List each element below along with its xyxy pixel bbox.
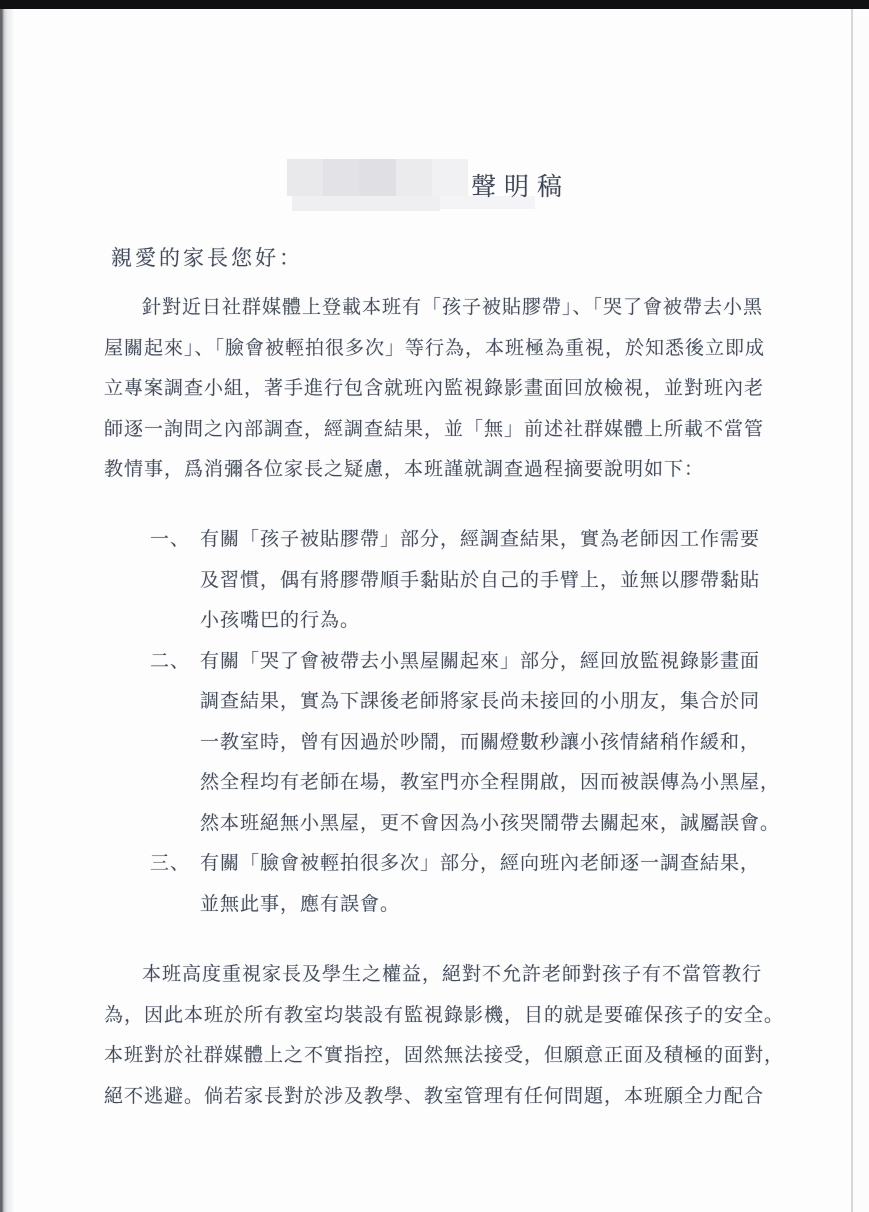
intro-paragraph: 針對近日社群媒體上登載本班有「孩子被貼膠帶」、「哭了會被帶去小黑 屋關起來」、「… bbox=[104, 288, 765, 491]
findings-list: 一、 有關「孩子被貼膠帶」部分，經調查結果，實為老師因工作需要 及習慣，偶有將膠… bbox=[150, 520, 780, 925]
text-line: 本班對於社群媒體上之不實指控，固然無法接受，但願意正面及積極的面對， bbox=[104, 1036, 784, 1077]
text-line: 有關「臉會被輕拍很多次」部分，經向班內老師逐一調查結果， bbox=[200, 844, 760, 885]
list-item-2: 二、 有關「哭了會被帶去小黑屋關起來」部分，經回放監視錄影畫面 調查結果，實為下… bbox=[150, 642, 780, 845]
redaction-tile bbox=[287, 159, 323, 196]
item-body: 有關「孩子被貼膠帶」部分，經調查結果，實為老師因工作需要 及習慣，偶有將膠帶順手… bbox=[200, 520, 760, 642]
text-line: 然全程均有老師在場，教室門亦全程開啟，因而被誤傳為小黑屋， bbox=[200, 763, 780, 804]
redaction-tile bbox=[323, 159, 359, 196]
text-line: 立專案調查小組，著手進行包含就班內監視錄影畫面回放檢視，並對班內老 bbox=[104, 369, 765, 410]
text-line: 絕不逃避。倘若家長對於涉及教學、教室管理有任何問題，本班願全力配合 bbox=[104, 1077, 784, 1118]
text-line: 及習慣，偶有將膠帶順手黏貼於自己的手臂上，並無以膠帶黏貼 bbox=[200, 561, 760, 602]
redaction-tile bbox=[432, 159, 468, 196]
text-line: 師逐一詢問之內部調查，經調查結果，並「無」前述社群媒體上所載不當管 bbox=[104, 410, 765, 451]
scan-left-edge bbox=[0, 9, 14, 1212]
item-marker: 二、 bbox=[150, 642, 200, 683]
redacted-name-block bbox=[287, 159, 468, 196]
item-marker: 三、 bbox=[150, 844, 200, 885]
greeting-line: 親愛的家長您好： bbox=[111, 242, 303, 272]
redaction-tile bbox=[359, 159, 395, 196]
list-item-3: 三、 有關「臉會被輕拍很多次」部分，經向班內老師逐一調查結果， 並無此事，應有誤… bbox=[150, 844, 780, 925]
text-line: 然本班絕無小黑屋，更不會因為小孩哭鬧帶去關起來，誠屬誤會。 bbox=[200, 804, 780, 845]
text-line: 針對近日社群媒體上登載本班有「孩子被貼膠帶」、「哭了會被帶去小黑 bbox=[104, 288, 765, 329]
closing-paragraph: 本班高度重視家長及學生之權益，絕對不允許老師對孩子有不當管教行 為，因此本班於所… bbox=[104, 955, 784, 1117]
text-line: 教情事，爲消彌各位家長之疑慮，本班謹就調查過程摘要說明如下： bbox=[104, 450, 765, 491]
text-line: 為，因此本班於所有教室均裝設有監視錄影機，目的就是要確保孩子的安全。 bbox=[104, 996, 784, 1037]
scan-top-bar bbox=[0, 0, 869, 9]
document-title: 聲明稿 bbox=[471, 167, 570, 203]
text-line: 有關「孩子被貼膠帶」部分，經調查結果，實為老師因工作需要 bbox=[200, 520, 760, 561]
text-line: 並無此事，應有誤會。 bbox=[200, 885, 760, 926]
list-item-1: 一、 有關「孩子被貼膠帶」部分，經調查結果，實為老師因工作需要 及習慣，偶有將膠… bbox=[150, 520, 780, 642]
item-body: 有關「臉會被輕拍很多次」部分，經向班內老師逐一調查結果， 並無此事，應有誤會。 bbox=[200, 844, 760, 925]
item-marker: 一、 bbox=[150, 520, 200, 561]
text-line: 小孩嘴巴的行為。 bbox=[200, 601, 760, 642]
text-line: 有關「哭了會被帶去小黑屋關起來」部分，經回放監視錄影畫面 bbox=[200, 642, 780, 683]
text-line: 本班高度重視家長及學生之權益，絕對不允許老師對孩子有不當管教行 bbox=[104, 955, 784, 996]
scanned-statement-document: { "colors": { "paper": "#fdfdfe", "ink":… bbox=[0, 0, 869, 1212]
item-body: 有關「哭了會被帶去小黑屋關起來」部分，經回放監視錄影畫面 調查結果，實為下課後老… bbox=[200, 642, 780, 845]
redaction-tile-lower bbox=[292, 196, 440, 211]
redaction-tile bbox=[396, 159, 432, 196]
text-line: 一教室時，曾有因過於吵鬧，而關燈數秒讓小孩情緒稍作緩和， bbox=[200, 723, 780, 764]
scan-right-margin bbox=[853, 9, 869, 1212]
text-line: 調查結果，實為下課後老師將家長尚未接回的小朋友，集合於同 bbox=[200, 682, 780, 723]
text-line: 屋關起來」、「臉會被輕拍很多次」等行為，本班極為重視，於知悉後立即成 bbox=[104, 329, 765, 370]
